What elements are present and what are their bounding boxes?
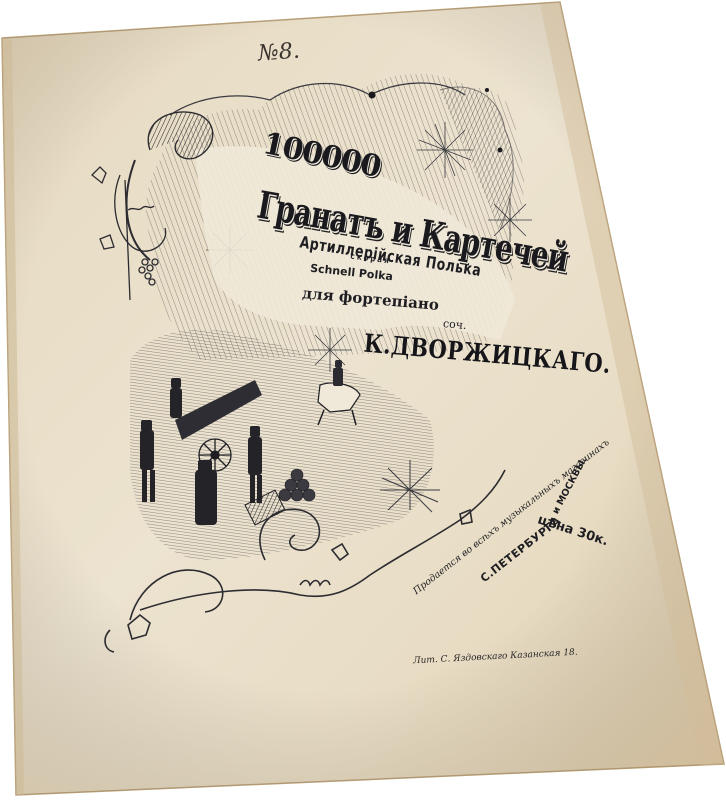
engraved-illustration: [0, 0, 726, 800]
work-label: соч.: [442, 317, 467, 332]
handwritten-number: №8.: [257, 39, 300, 67]
sheet-music-page: №8. 100000 Гранатъ и Картечей Артиллерiй…: [0, 0, 726, 800]
